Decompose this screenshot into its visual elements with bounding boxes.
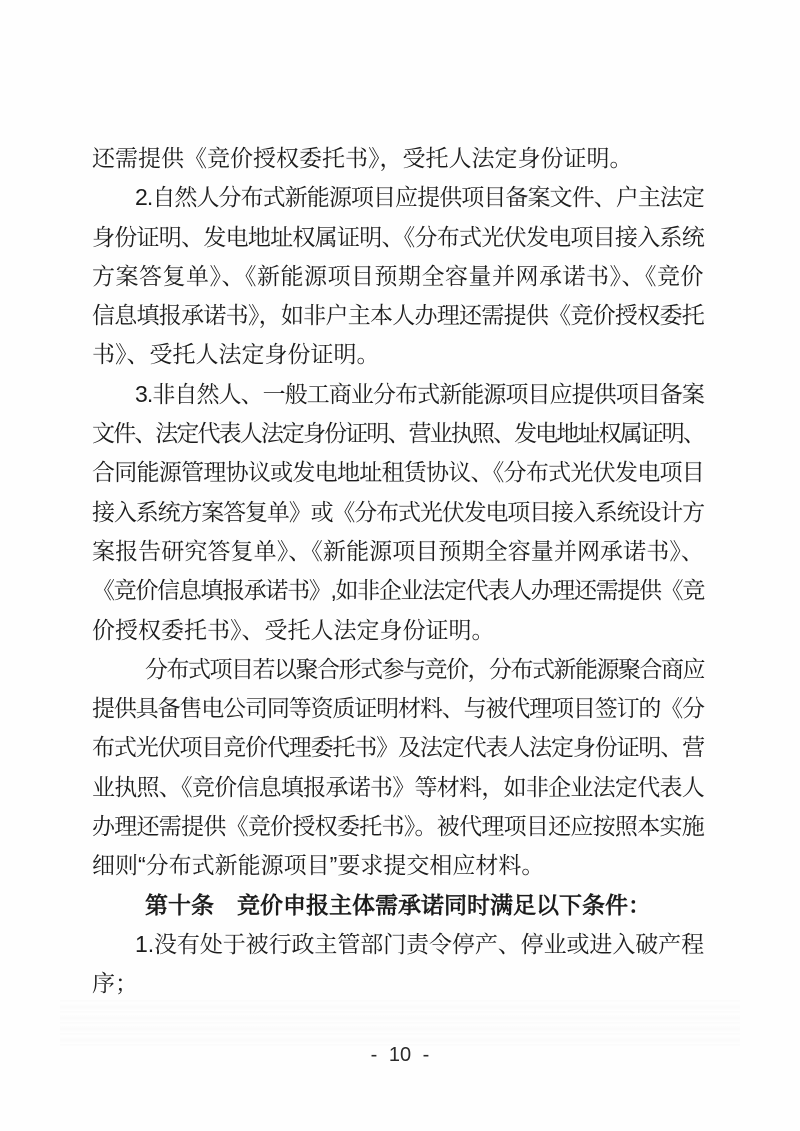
paragraph-article-heading: 第十条 竞价申报主体需承诺同时满足以下条件：	[92, 886, 704, 925]
paragraph-numbered-item-3: 3.非自然人、一般工商业分布式新能源项目应提供项目备案文件、法定代表人法定身份证…	[92, 375, 704, 650]
paragraph-continuation-paragraph: 还需提供《竞价授权委托书》，受托人法定身份证明。	[92, 139, 704, 178]
line-text: 业执照、《竞价信息填报承诺书》等材料，如非企业法定代表人	[92, 768, 704, 807]
text-line: 文件、法定代表人法定身份证明、营业执照、发电地址权属证明、	[92, 414, 704, 453]
text-line: 还需提供《竞价授权委托书》，受托人法定身份证明。	[92, 139, 704, 178]
line-text: 《竞价信息填报承诺书》,如非企业法定代表人办理还需提供《竞	[92, 571, 704, 610]
text-line: 布式光伏项目竞价代理委托书》及法定代表人法定身份证明、营	[92, 728, 704, 767]
text-line: 价授权委托书》、受托人法定身份证明。	[92, 611, 704, 650]
line-text: 序；	[92, 964, 138, 1003]
line-text: 书》、受托人法定身份证明。	[92, 335, 380, 374]
line-text: 还需提供《竞价授权委托书》，受托人法定身份证明。	[92, 139, 633, 178]
document-body: 还需提供《竞价授权委托书》，受托人法定身份证明。2.自然人分布式新能源项目应提供…	[92, 139, 704, 1004]
text-line: 合同能源管理协议或发电地址租赁协议、《分布式光伏发电项目	[92, 453, 704, 492]
text-line: 序；	[92, 964, 704, 1003]
text-line: 身份证明、发电地址权属证明、《分布式光伏发电项目接入系统	[92, 218, 704, 257]
text-line: 分布式项目若以聚合形式参与竞价，分布式新能源聚合商应	[92, 650, 704, 689]
text-line: 第十条 竞价申报主体需承诺同时满足以下条件：	[92, 886, 704, 925]
line-text: 合同能源管理协议或发电地址租赁协议、《分布式光伏发电项目	[92, 453, 704, 492]
line-text: 文件、法定代表人法定身份证明、营业执照、发电地址权属证明、	[92, 414, 704, 453]
line-text: 办理还需提供《竞价授权委托书》。被代理项目还应按照本实施	[92, 807, 704, 846]
line-text: 3.非自然人、一般工商业分布式新能源项目应提供项目备案	[135, 375, 704, 414]
line-text: 接入系统方案答复单》或《分布式光伏发电项目接入系统设计方	[92, 493, 704, 532]
page-number: - 10 -	[0, 1044, 800, 1067]
line-text: 价授权委托书》、受托人法定身份证明。	[92, 611, 495, 650]
text-line: 业执照、《竞价信息填报承诺书》等材料，如非企业法定代表人	[92, 768, 704, 807]
paragraph-body-paragraph: 分布式项目若以聚合形式参与竞价，分布式新能源聚合商应提供具备售电公司同等资质证明…	[92, 650, 704, 886]
text-line: 细则“分布式新能源项目”要求提交相应材料。	[92, 846, 704, 885]
text-line: 2.自然人分布式新能源项目应提供项目备案文件、户主法定	[92, 178, 704, 217]
line-text: 细则“分布式新能源项目”要求提交相应材料。	[92, 846, 544, 885]
paragraph-numbered-item-1: 1.没有处于被行政主管部门责令停产、停业或进入破产程序；	[92, 925, 704, 1004]
paragraph-numbered-item-2: 2.自然人分布式新能源项目应提供项目备案文件、户主法定身份证明、发电地址权属证明…	[92, 178, 704, 374]
text-line: 方案答复单》、《新能源项目预期全容量并网承诺书》、《竞价	[92, 257, 704, 296]
document-page: 还需提供《竞价授权委托书》，受托人法定身份证明。2.自然人分布式新能源项目应提供…	[0, 0, 800, 1131]
line-text: 提供具备售电公司同等资质证明材料、与被代理项目签订的《分	[92, 689, 704, 728]
text-line: 3.非自然人、一般工商业分布式新能源项目应提供项目备案	[92, 375, 704, 414]
text-line: 信息填报承诺书》，如非户主本人办理还需提供《竞价授权委托	[92, 296, 704, 335]
line-text: 2.自然人分布式新能源项目应提供项目备案文件、户主法定	[135, 178, 704, 217]
scan-artifact	[60, 1000, 740, 1046]
line-text: 第十条 竞价申报主体需承诺同时满足以下条件：	[145, 886, 651, 925]
text-line: 书》、受托人法定身份证明。	[92, 335, 704, 374]
line-text: 1.没有处于被行政主管部门责令停产、停业或进入破产程	[135, 925, 704, 964]
text-line: 案报告研究答复单》、《新能源项目预期全容量并网承诺书》、	[92, 532, 704, 571]
text-line: 提供具备售电公司同等资质证明材料、与被代理项目签订的《分	[92, 689, 704, 728]
text-line: 《竞价信息填报承诺书》,如非企业法定代表人办理还需提供《竞	[92, 571, 704, 610]
line-text: 方案答复单》、《新能源项目预期全容量并网承诺书》、《竞价	[92, 257, 704, 296]
text-line: 1.没有处于被行政主管部门责令停产、停业或进入破产程	[92, 925, 704, 964]
line-text: 分布式项目若以聚合形式参与竞价，分布式新能源聚合商应	[145, 650, 704, 689]
line-text: 身份证明、发电地址权属证明、《分布式光伏发电项目接入系统	[92, 218, 704, 257]
line-text: 布式光伏项目竞价代理委托书》及法定代表人法定身份证明、营	[92, 728, 704, 767]
line-text: 案报告研究答复单》、《新能源项目预期全容量并网承诺书》、	[92, 532, 704, 571]
line-text: 信息填报承诺书》，如非户主本人办理还需提供《竞价授权委托	[92, 296, 704, 335]
text-line: 接入系统方案答复单》或《分布式光伏发电项目接入系统设计方	[92, 493, 704, 532]
text-line: 办理还需提供《竞价授权委托书》。被代理项目还应按照本实施	[92, 807, 704, 846]
